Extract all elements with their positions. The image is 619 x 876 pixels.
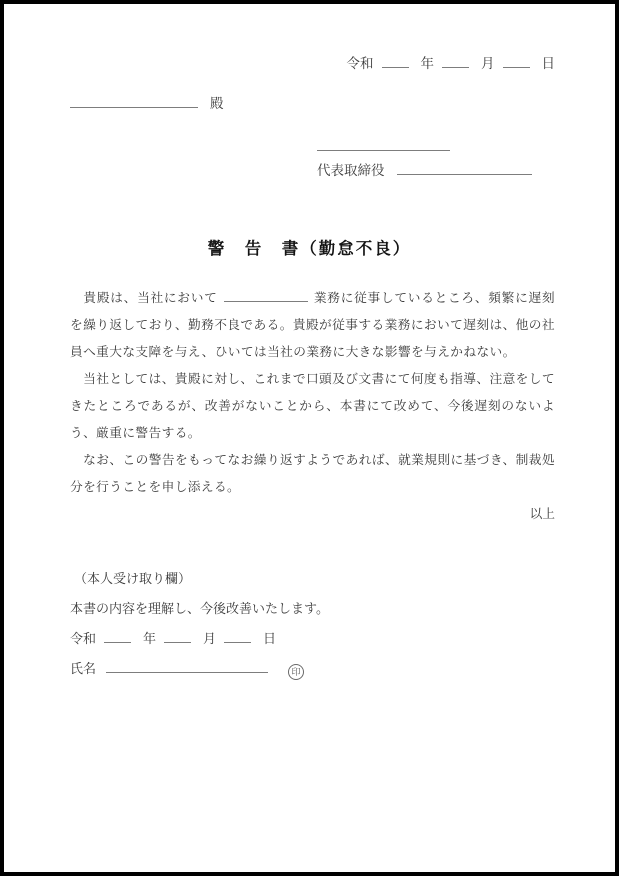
paragraph-3: なお、この警告をもってなお繰り返すようであれば、就業規則に基づき、制裁処分を行う… [70,447,555,501]
issue-month-blank-field [442,57,469,68]
paragraph-1: 貴殿は、当社において業務に従事しているところ、頻繁に遅刻を繰り返しており、勤務不… [70,285,555,366]
name-label: 氏名 [70,661,96,676]
representative-title-label: 代表取締役 [317,163,385,178]
issue-date-line: 令和年月日 [4,54,555,73]
paragraph-2: 当社としては、貴殿に対し、これまで口頭及び文書にて何度も指導、注意をしてきたとこ… [70,366,555,447]
receipt-section-title: （本人受け取り欄） [70,564,555,594]
signature-line: 氏名印 [70,654,555,684]
document-title: 警 告 書（勤怠不良） [4,239,615,259]
receipt-section: （本人受け取り欄） 本書の内容を理解し、今後改善いたします。 令和年月日 氏名印 [70,564,555,684]
recipient-line: 殿 [70,94,615,113]
representative-name-blank-field [397,164,532,175]
representative-line: 代表取締役 [317,159,555,183]
seal-character: 印 [292,667,301,677]
issue-year-label: 年 [421,56,435,71]
signature-name-blank-field [106,662,268,673]
issue-day-label: 日 [542,56,556,71]
receipt-day-blank-field [224,632,251,643]
business-type-blank-field [224,291,308,302]
receipt-month-blank-field [164,632,191,643]
issue-day-blank-field [503,57,530,68]
paragraph-1-prefix: 貴殿は、当社において [70,291,218,305]
recipient-honorific-label: 殿 [210,96,224,111]
receipt-day-label: 日 [263,631,276,646]
document-page: 令和年月日 殿 代表取締役 警 告 書（勤怠不良） 貴殿は、当社において業務に従… [0,0,619,876]
sender-block: 代表取締役 [317,135,555,183]
seal-mark-icon: 印 [288,664,304,680]
document-body: 貴殿は、当社において業務に従事しているところ、頻繁に遅刻を繰り返しており、勤務不… [70,285,555,501]
closing-word: 以上 [4,501,555,528]
receipt-era-label: 令和 [70,631,96,646]
receipt-year-blank-field [104,632,131,643]
issue-era-label: 令和 [347,56,374,71]
issue-year-blank-field [382,57,409,68]
receipt-year-label: 年 [143,631,156,646]
receipt-date-line: 令和年月日 [70,624,555,654]
issue-month-label: 月 [481,56,495,71]
recipient-name-blank-field [70,97,198,108]
company-name-line [317,135,555,159]
receipt-statement: 本書の内容を理解し、今後改善いたします。 [70,594,555,624]
company-name-blank-field [317,140,450,151]
receipt-month-label: 月 [203,631,216,646]
